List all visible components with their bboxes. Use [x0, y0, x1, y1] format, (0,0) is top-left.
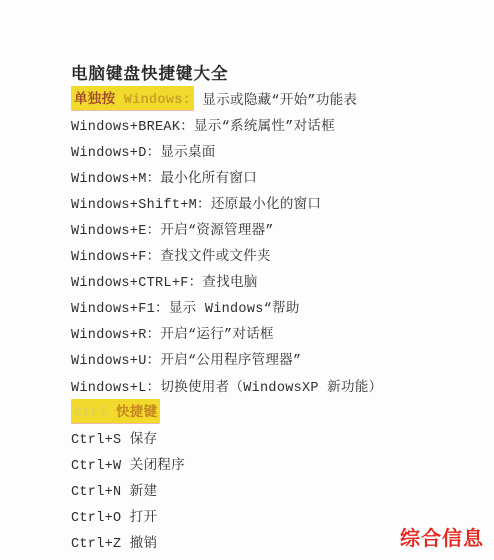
shortcut-line: Windows+E：开启“资源管理器”: [71, 215, 382, 241]
shortcut-line: Windows+M：最小化所有窗口: [71, 163, 382, 189]
shortcut-line: Windows+BREAK：显示“系统属性”对话框: [71, 111, 382, 137]
shortcut-line: Ctrl 快捷键: [71, 398, 382, 424]
status-badge: 综合信息: [400, 522, 484, 551]
shortcut-line: 单独按 Windows: 显示或隐藏“开始”功能表: [71, 85, 382, 111]
shortcut-line: Windows+Shift+M：还原最小化的窗口: [71, 189, 382, 215]
shortcut-line: Windows+F：查找文件或文件夹: [71, 242, 382, 268]
highlight-segment: 快捷键: [108, 406, 158, 421]
highlighted-text: 单独按 Windows:: [71, 86, 194, 110]
shortcut-line: Ctrl+W 关闭程序: [71, 450, 382, 476]
highlight-segment: Windows:: [115, 93, 191, 108]
scanned-document-page: 电脑键盘快捷键大全 单独按 Windows: 显示或隐藏“开始”功能表Windo…: [0, 0, 494, 560]
shortcut-list: 电脑键盘快捷键大全 单独按 Windows: 显示或隐藏“开始”功能表Windo…: [71, 58, 382, 555]
shortcut-line: Ctrl+O 打开: [71, 503, 382, 529]
page-title: 电脑键盘快捷键大全: [71, 58, 382, 85]
shortcut-line: Windows+D：显示桌面: [71, 137, 382, 163]
shortcut-line: Windows+F1：显示 Windows“帮助: [71, 294, 382, 320]
shortcut-line: Windows+U：开启“公用程序管理器”: [71, 346, 382, 372]
shortcut-line: Ctrl+N 新建: [71, 476, 382, 502]
shortcut-line: Windows+R：开启“运行”对话框: [71, 320, 382, 346]
highlighted-text: Ctrl 快捷键: [71, 399, 160, 423]
shortcut-lines: 单独按 Windows: 显示或隐藏“开始”功能表Windows+BREAK：显…: [71, 85, 382, 555]
highlight-segment: 单独按: [74, 93, 115, 108]
shortcut-line: Ctrl+Z 撤销: [71, 529, 382, 555]
shortcut-line: Windows+CTRL+F：查找电脑: [71, 268, 382, 294]
shortcut-line: Ctrl+S 保存: [71, 424, 382, 450]
shortcut-line: Windows+L：切换使用者（WindowsXP 新功能）: [71, 372, 382, 398]
highlight-segment: Ctrl: [74, 406, 108, 421]
